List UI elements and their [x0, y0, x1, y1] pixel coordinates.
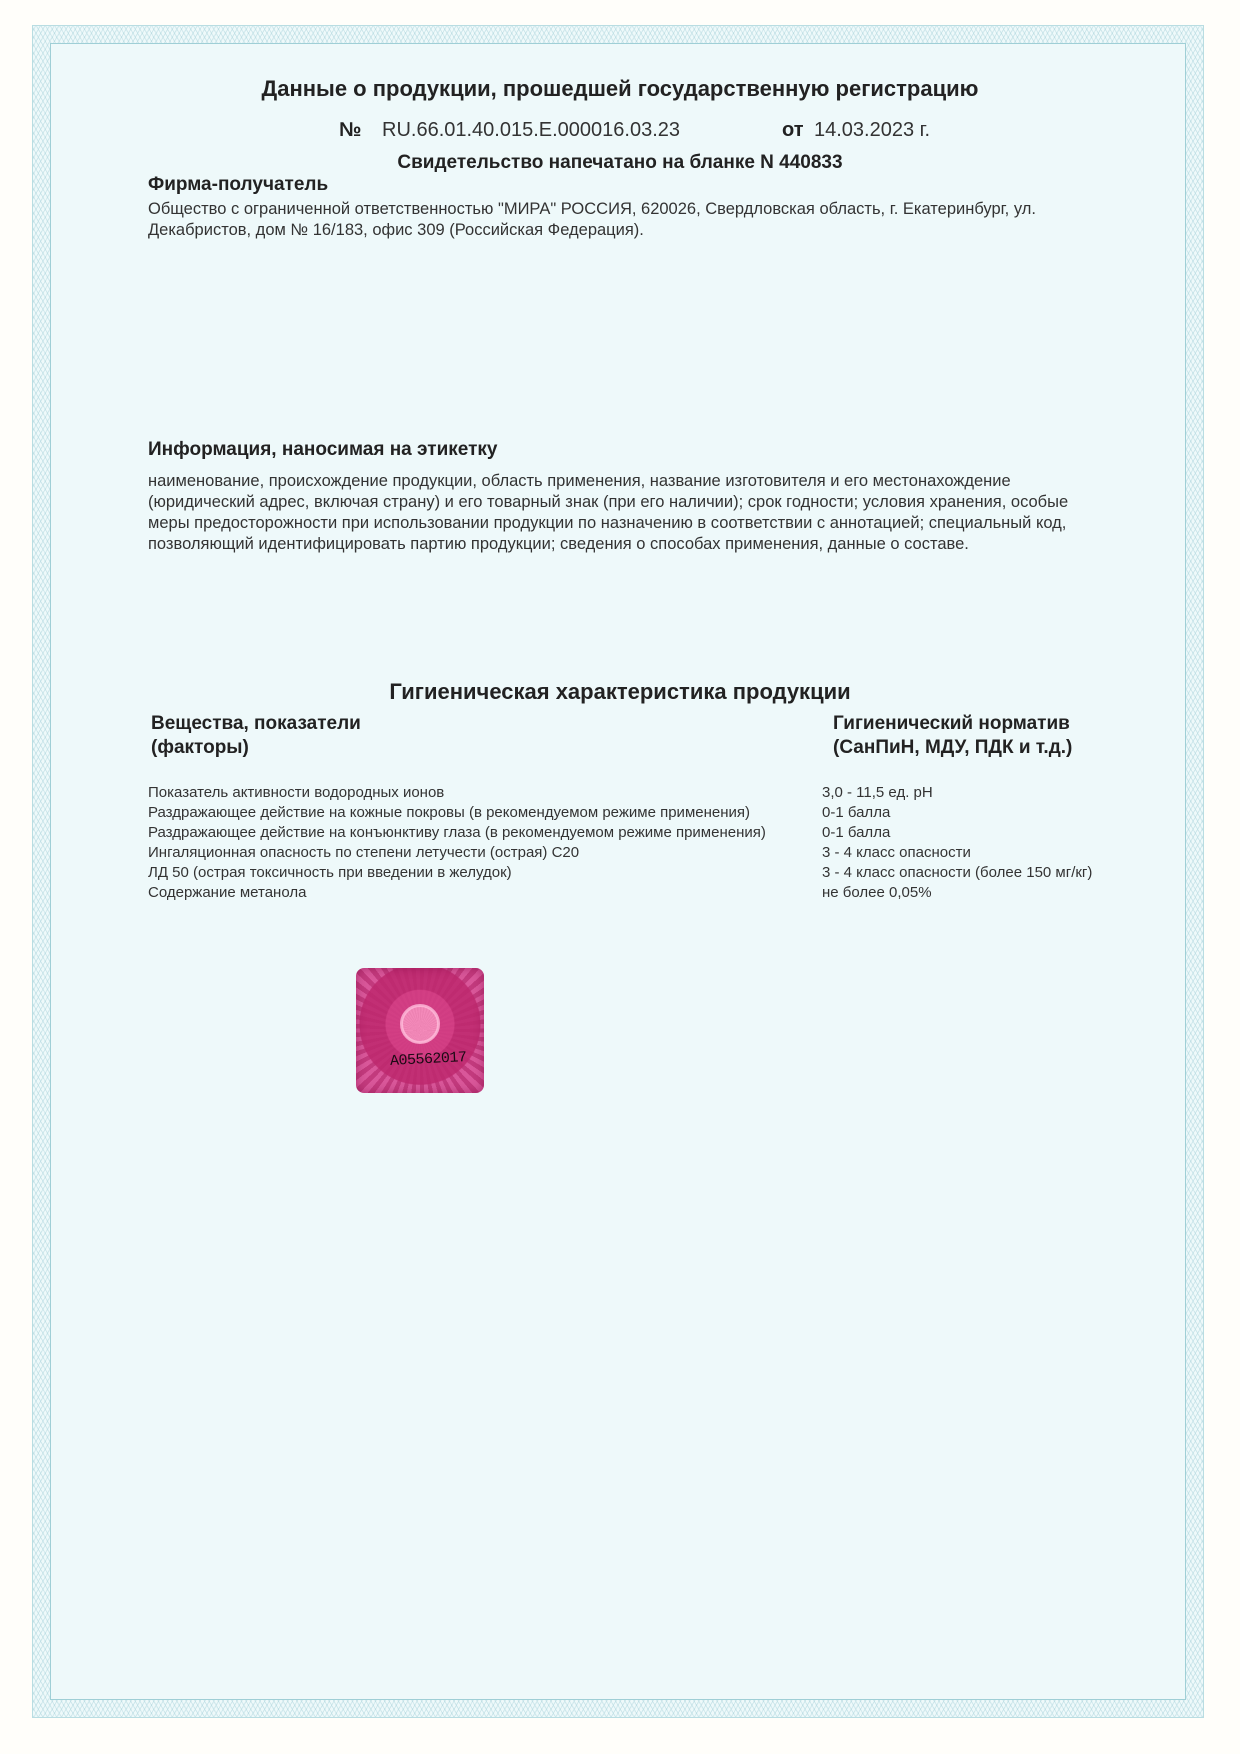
- document-title: Данные о продукции, прошедшей государств…: [0, 76, 1240, 102]
- label-info-text: наименование, происхождение продукции, о…: [148, 471, 1088, 555]
- table-row: Ингаляционная опасность по степени летуч…: [148, 843, 1148, 863]
- substance-cell: Раздражающее действие на кожные покровы …: [148, 803, 822, 823]
- norm-cell: 0-1 балла: [822, 823, 1102, 843]
- registration-number: RU.66.01.40.015.E.000016.03.23: [382, 119, 680, 142]
- blank-note: Свидетельство напечатано на бланке N 440…: [0, 152, 1240, 174]
- hologram-sticker: A05562017: [356, 968, 484, 1093]
- table-row: ЛД 50 (острая токсичность при введении в…: [148, 863, 1148, 883]
- substance-cell: Раздражающее действие на конъюнктиву гла…: [148, 823, 822, 843]
- hologram-serial: A05562017: [390, 1049, 467, 1070]
- label-info-heading: Информация, наносимая на этикетку: [148, 439, 497, 461]
- substance-cell: ЛД 50 (острая токсичность при введении в…: [148, 863, 822, 883]
- column-header-substances: Вещества, показатели (факторы): [151, 712, 451, 760]
- substance-cell: Содержание метанола: [148, 883, 822, 903]
- norm-cell: 3 - 4 класс опасности: [822, 843, 1102, 863]
- norm-cell: 3,0 - 11,5 ед. pH: [822, 783, 1102, 803]
- table-row: Раздражающее действие на конъюнктиву гла…: [148, 823, 1148, 843]
- date-prefix: от: [782, 119, 804, 142]
- table-row: Содержание метанола не более 0,05%: [148, 883, 1148, 903]
- norm-cell: 3 - 4 класс опасности (более 150 мг/кг): [822, 863, 1102, 883]
- substance-cell: Показатель активности водородных ионов: [148, 783, 822, 803]
- column-header-norm: Гигиенический норматив (СанПиН, МДУ, ПДК…: [833, 712, 1133, 760]
- number-symbol: №: [339, 119, 361, 142]
- norm-cell: 0-1 балла: [822, 803, 1102, 823]
- state-emblem-icon: [400, 1004, 440, 1044]
- substance-cell: Ингаляционная опасность по степени летуч…: [148, 843, 822, 863]
- recipient-heading: Фирма-получатель: [148, 174, 328, 196]
- hygiene-heading: Гигиеническая характеристика продукции: [0, 679, 1240, 705]
- norm-cell: не более 0,05%: [822, 883, 1102, 903]
- hygiene-table: Показатель активности водородных ионов 3…: [148, 783, 1148, 903]
- table-row: Показатель активности водородных ионов 3…: [148, 783, 1148, 803]
- table-row: Раздражающее действие на кожные покровы …: [148, 803, 1148, 823]
- registration-date: 14.03.2023 г.: [814, 119, 930, 142]
- recipient-text: Общество с ограниченной ответственностью…: [148, 199, 1088, 241]
